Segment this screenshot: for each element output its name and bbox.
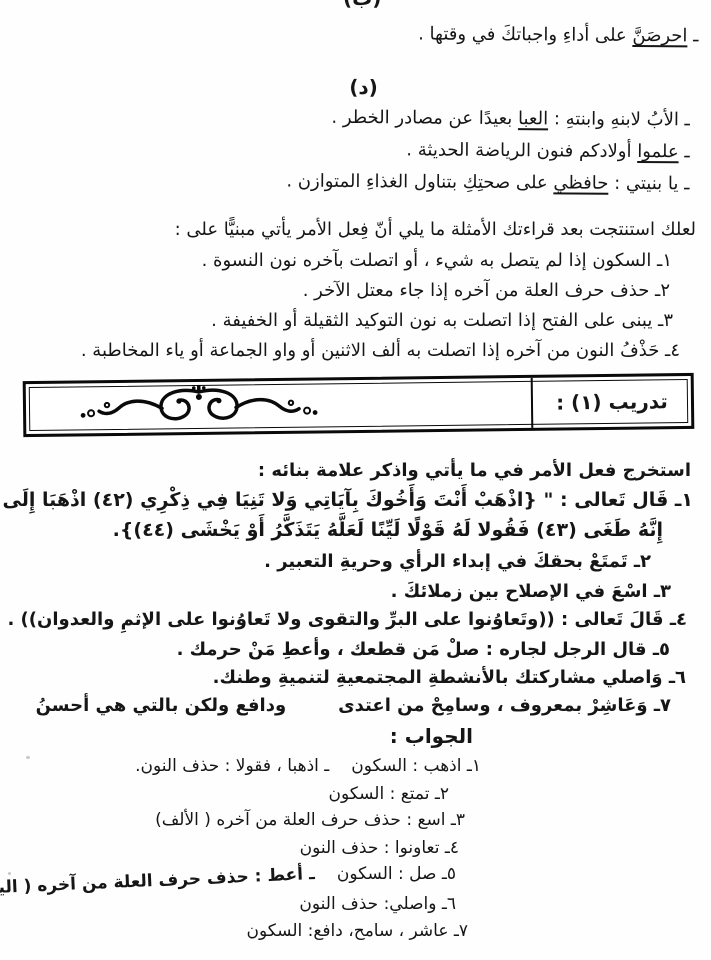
answer-heading: الجواب :	[390, 723, 473, 749]
verse-first-hemistich: ٧ـ وَعَاشِرْ بمعروف ، وسامِحْ من اعتدى	[338, 695, 671, 716]
answer-1-second: ـ اذهبا ، فقولا : حذف النون.	[135, 756, 329, 776]
underlined-imperative: احرصَنَّ	[632, 25, 687, 46]
exercise-title: تدريب (١) :	[531, 376, 692, 428]
underlined-imperative: علموا	[637, 141, 679, 162]
answer-5-first: ٥ـ صل : السكون	[337, 864, 456, 884]
example-line-harisanna: ـ احرصَنَّ على أداءِ واجباتكَ في وقتها .	[418, 21, 699, 49]
line-before: ـ يا بنيتي :	[608, 173, 689, 195]
exercise-prompt: استخرج فعل الأمر في ما يأتي واذكر علامة …	[258, 458, 691, 484]
exercise-item-4: ٤ـ قَالَ تَعالى : ((وتَعاوُنوا على البرِ…	[7, 607, 687, 633]
example-line-alaaba: ـ الأبُ لابنهِ وابنتهِ : العبا بعيدًا عن…	[331, 105, 690, 134]
scanned-textbook-page: (ب) ـ احرصَنَّ على أداءِ واجباتكَ في وقت…	[0, 0, 711, 960]
exercise-item-5: ٥ـ قال الرجل لجاره : صلْ مَن قطعك ، وأعط…	[177, 637, 670, 663]
answer-6: ٦ـ واصلي: حذف النون	[299, 891, 456, 917]
dash: ـ	[687, 25, 698, 46]
line-rest: على أداءِ واجباتكَ في وقتها .	[418, 23, 632, 45]
rule-4: ٤ـ حَذْفُ النون من آخره إذا اتصلت به ألف…	[81, 338, 680, 364]
underlined-imperative: العبا	[518, 108, 548, 129]
answer-5: ٥ـ صل : السكونـ أعط : حذف حرف العلة من آ…	[0, 861, 456, 887]
line-rest: أولادكم فنون الرياضة الحديثة .	[406, 139, 637, 162]
exercise-item-1-line-1: ١ـ قَال تَعالى : " {اذْهَبْ أَنْتَ وَأَخ…	[0, 487, 693, 513]
exercise-banner: تدريب (١) :	[23, 373, 695, 437]
answer-4: ٤ـ تعاونوا : حذف النون	[300, 835, 459, 861]
exercise-item-1-line-2: إِنَّهُ طَغَى (٤٣) فَقُولا لَهُ قَوْلًا …	[113, 517, 663, 543]
exercise-item-3: ٣ـ اسْعَ في الإصلاح بين زملائكَ .	[391, 579, 671, 605]
answer-2: ٢ـ تمتع : السكون	[328, 781, 449, 807]
exercise-item-6: ٦ـ وَاصلي مشاركتك بالأنشطةِ المجتمعيةِ ل…	[213, 665, 686, 691]
rule-2: ٢ـ حذف حرف العلة من آخره إذا جاء معتل ال…	[303, 278, 670, 304]
conclusion-intro: لعلك استنتجت بعد قراءتك الأمثلة ما يلي أ…	[175, 217, 696, 243]
answer-1-first: ١ـ اذهب : السكون	[351, 756, 481, 776]
verse-second-hemistich: ودافع ولكن بالتي هي أحسنُ	[36, 695, 287, 716]
example-line-allimu: ـ علموا أولادكم فنون الرياضة الحديثة .	[406, 137, 689, 165]
section-d-heading: (د)	[8, 73, 711, 102]
example-line-hafizi: ـ يا بنيتي : حافظي على صحتِكِ بتناول الغ…	[286, 169, 689, 198]
line-rest: على صحتِكِ بتناول الغذاءِ المتوازن .	[286, 171, 553, 194]
line-before: ـ	[679, 141, 690, 162]
line-rest: بعيدًا عن مصادر الخطر .	[331, 107, 518, 129]
answer-1: ١ـ اذهب : السكونـ اذهبا ، فقولا : حذف ال…	[135, 753, 481, 779]
section-b-heading: (ب)	[7, 0, 711, 13]
rule-3: ٣ـ يبنى على الفتح إذا اتصلت به نون التوك…	[211, 308, 673, 334]
floral-flourish-icon	[74, 383, 325, 430]
exercise-item-2: ٢ـ تَمتَعْ بحقكَ في إبداء الرأي وحريةِ ا…	[264, 549, 651, 575]
underlined-imperative: حافظي	[553, 172, 608, 193]
exercise-item-7: ٧ـ وَعَاشِرْ بمعروف ، وسامِحْ من اعتدىود…	[36, 693, 671, 719]
answer-7: ٧ـ عاشر ، سامح، دافع: السكون	[247, 918, 468, 944]
scan-speck	[8, 872, 11, 875]
answer-3: ٣ـ اسع : حذف حرف العلة من آخره ( الألف)	[155, 807, 465, 833]
line-before: ـ الأبُ لابنهِ وابنتهِ :	[548, 108, 690, 130]
scan-speck	[26, 756, 30, 759]
rule-1: ١ـ السكون إذا لم يتصل به شيء ، أو اتصلت …	[202, 248, 672, 274]
